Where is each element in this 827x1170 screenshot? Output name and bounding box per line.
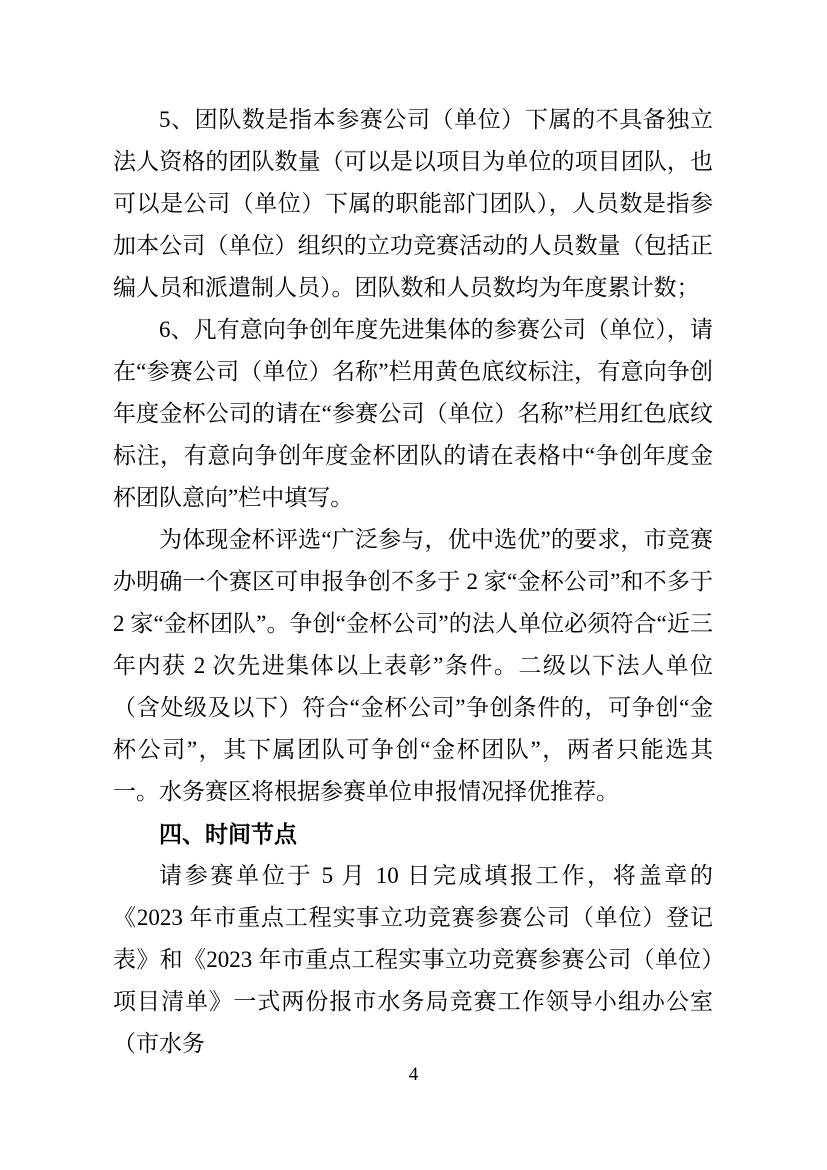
paragraph-item5-team-count-definition: 5、团队数是指本参赛公司（单位）下属的不具备独立法人资格的团队数量（可以是以项目… [113,99,713,309]
section-heading-time-nodes: 四、时间节点 [113,813,713,855]
paragraph-gold-cup-selection-rules: 为体现金杯评选“广泛参与，优中选优”的要求，市竞赛办明确一个赛区可申报争创不多于… [113,519,713,813]
document-page: 5、团队数是指本参赛公司（单位）下属的不具备独立法人资格的团队数量（可以是以项目… [0,0,827,1170]
paragraph-item6-intention-marking: 6、凡有意向争创年度先进集体的参赛公司（单位），请在“参赛公司（单位）名称”栏用… [113,309,713,519]
paragraph-submission-deadline: 请参赛单位于 5 月 10 日完成填报工作，将盖章的《2023 年市重点工程实事… [113,855,713,1065]
page-number: 4 [0,1063,827,1087]
